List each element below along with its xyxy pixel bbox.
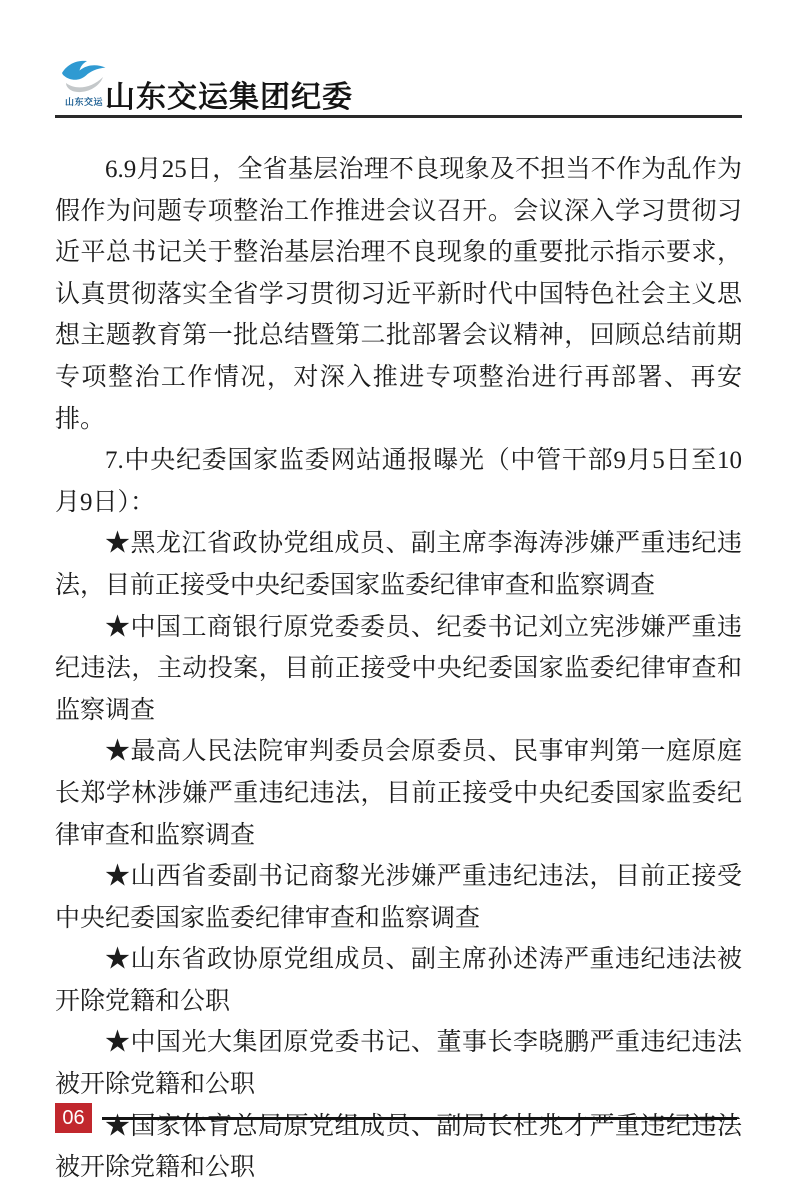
report-item-3: ★最高人民法院审判委员会原委员、民事审判第一庭原庭长郑学林涉嫌严重违纪违法，目前… [55, 731, 742, 856]
page-header: 山东交运 山东交运集团纪委 [55, 58, 745, 118]
paragraph-item-6: 6.9月25日，全省基层治理不良现象及不担当不作为乱作为假作为问题专项整治工作推… [55, 149, 742, 440]
document-body: 6.9月25日，全省基层治理不良现象及不担当不作为乱作为假作为问题专项整治工作推… [55, 149, 742, 1189]
header-title: 山东交运集团纪委 [105, 72, 353, 116]
header-divider [55, 115, 742, 118]
report-item-6: ★中国光大集团原党委书记、董事长李晓鹏严重违纪违法被开除党籍和公职 [55, 1022, 742, 1105]
page-footer: 06 [55, 1103, 742, 1133]
document-page: 山东交运 山东交运集团纪委 6.9月25日，全省基层治理不良现象及不担当不作为乱… [0, 0, 800, 1204]
bird-swoosh-icon [57, 58, 111, 96]
report-item-2: ★中国工商银行原党委委员、纪委书记刘立宪涉嫌严重违纪违法，主动投案，目前正接受中… [55, 607, 742, 732]
report-item-4: ★山西省委副书记商黎光涉嫌严重违纪违法，目前正接受中央纪委国家监委纪律审查和监察… [55, 856, 742, 939]
company-logo: 山东交运 [57, 58, 111, 116]
report-item-5: ★山东省政协原党组成员、副主席孙述涛严重违纪违法被开除党籍和公职 [55, 939, 742, 1022]
page-number-badge: 06 [55, 1103, 92, 1133]
report-item-1: ★黑龙江省政协党组成员、副主席李海涛涉嫌严重违纪违法，目前正接受中央纪委国家监委… [55, 523, 742, 606]
paragraph-item-7: 7.中央纪委国家监委网站通报曝光（中管干部9月5日至10月9日）： [55, 440, 742, 523]
footer-divider [102, 1117, 737, 1120]
logo-caption: 山东交运 [57, 95, 111, 108]
